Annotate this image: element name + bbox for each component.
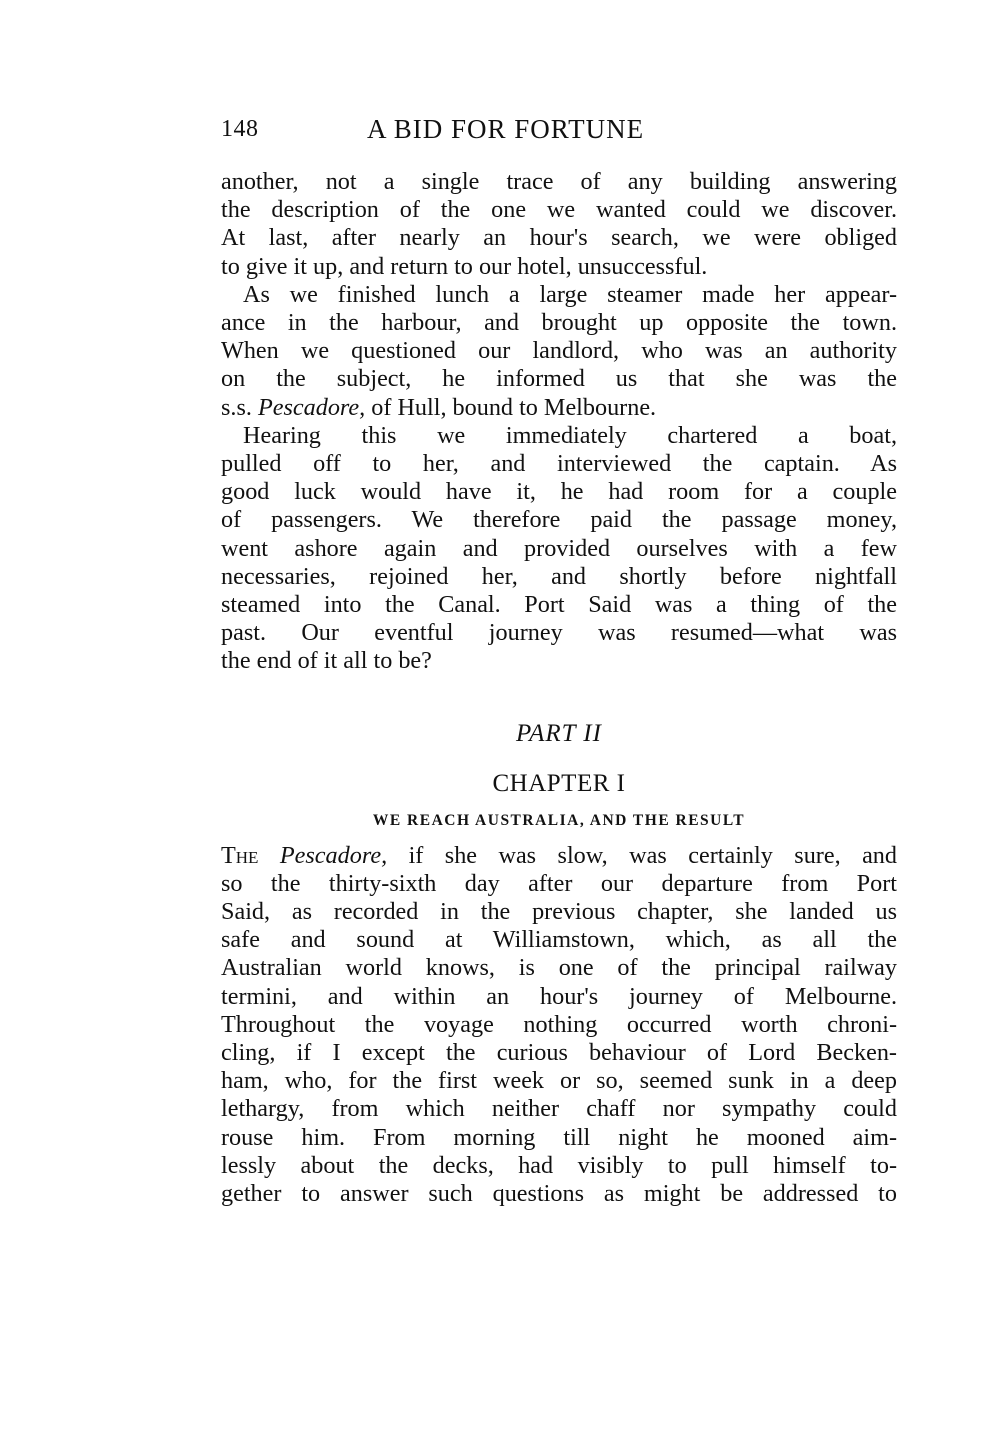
text-line: ance in the harbour, and brought up oppo… [221, 309, 897, 337]
text-line: to give it up, and return to our hotel, … [221, 253, 897, 281]
running-head: 148 A BID FOR FORTUNE [221, 110, 897, 150]
chapter-paragraph-1: The Pescadore, if she was slow, was cert… [221, 842, 897, 1209]
text-line: another, not a single trace of any build… [221, 168, 897, 196]
text-line: ham, who, for the first week or so, seem… [221, 1067, 897, 1095]
ship-name: Pescadore, [258, 842, 387, 869]
paragraph-2: As we finished lunch a large steamer mad… [221, 281, 897, 422]
text-line: good luck would have it, he had room for… [221, 478, 897, 506]
book-page: 148 A BID FOR FORTUNE another, not a sin… [221, 110, 897, 1208]
paragraph-3: Hearing this we immediately chartered a … [221, 422, 897, 676]
text-line: termini, and within an hour's journey of… [221, 983, 897, 1011]
ship-name: Pescadore, [258, 394, 365, 421]
text-line: past. Our eventful journey was resumed—w… [221, 619, 897, 647]
text-line: s.s. Pescadore, of Hull, bound to Melbou… [221, 394, 897, 422]
text-line: lethargy, from which neither chaff nor s… [221, 1095, 897, 1123]
text-fragment: of Hull, bound to Melbourne. [365, 394, 656, 421]
text-line: Hearing this we immediately chartered a … [221, 422, 897, 450]
text-line: necessaries, rejoined her, and shortly b… [221, 563, 897, 591]
text-line: the description of the one we wanted cou… [221, 196, 897, 224]
text-line: of passengers. We therefore paid the pas… [221, 506, 897, 534]
text-line: The Pescadore, if she was slow, was cert… [221, 842, 897, 870]
text-line: went ashore again and provided ourselves… [221, 535, 897, 563]
part-heading: PART II [221, 720, 897, 748]
text-line: Said, as recorded in the previous chapte… [221, 898, 897, 926]
text-line: Throughout the voyage nothing occurred w… [221, 1011, 897, 1039]
text-fragment: s.s. [221, 394, 258, 421]
text-line: As we finished lunch a large steamer mad… [221, 281, 897, 309]
text-line: cling, if I except the curious behaviour… [221, 1039, 897, 1067]
text-fragment: if she was slow, was certainly sure, and [387, 842, 897, 869]
text-line: pulled off to her, and interviewed the c… [221, 450, 897, 478]
text-line: safe and sound at Williamstown, which, a… [221, 926, 897, 954]
text-line: on the subject, he informed us that she … [221, 365, 897, 393]
text-line: gether to answer such questions as might… [221, 1180, 897, 1208]
chapter-heading: CHAPTER I [221, 770, 897, 798]
text-line: At last, after nearly an hour's search, … [221, 224, 897, 252]
opening-word: The [221, 842, 258, 869]
text-line: steamed into the Canal. Port Said was a … [221, 591, 897, 619]
text-line: rouse him. From morning till night he mo… [221, 1124, 897, 1152]
paragraph-1: another, not a single trace of any build… [221, 168, 897, 281]
chapter-subtitle: WE REACH AUSTRALIA, AND THE RESULT [221, 812, 897, 830]
book-title: A BID FOR FORTUNE [367, 114, 644, 145]
text-line: When we questioned our landlord, who was… [221, 337, 897, 365]
page-number: 148 [221, 116, 259, 143]
text-line: lessly about the decks, had visibly to p… [221, 1152, 897, 1180]
text-line: Australian world knows, is one of the pr… [221, 954, 897, 982]
text-line: the end of it all to be? [221, 647, 897, 675]
text-line: so the thirty-sixth day after our depart… [221, 870, 897, 898]
